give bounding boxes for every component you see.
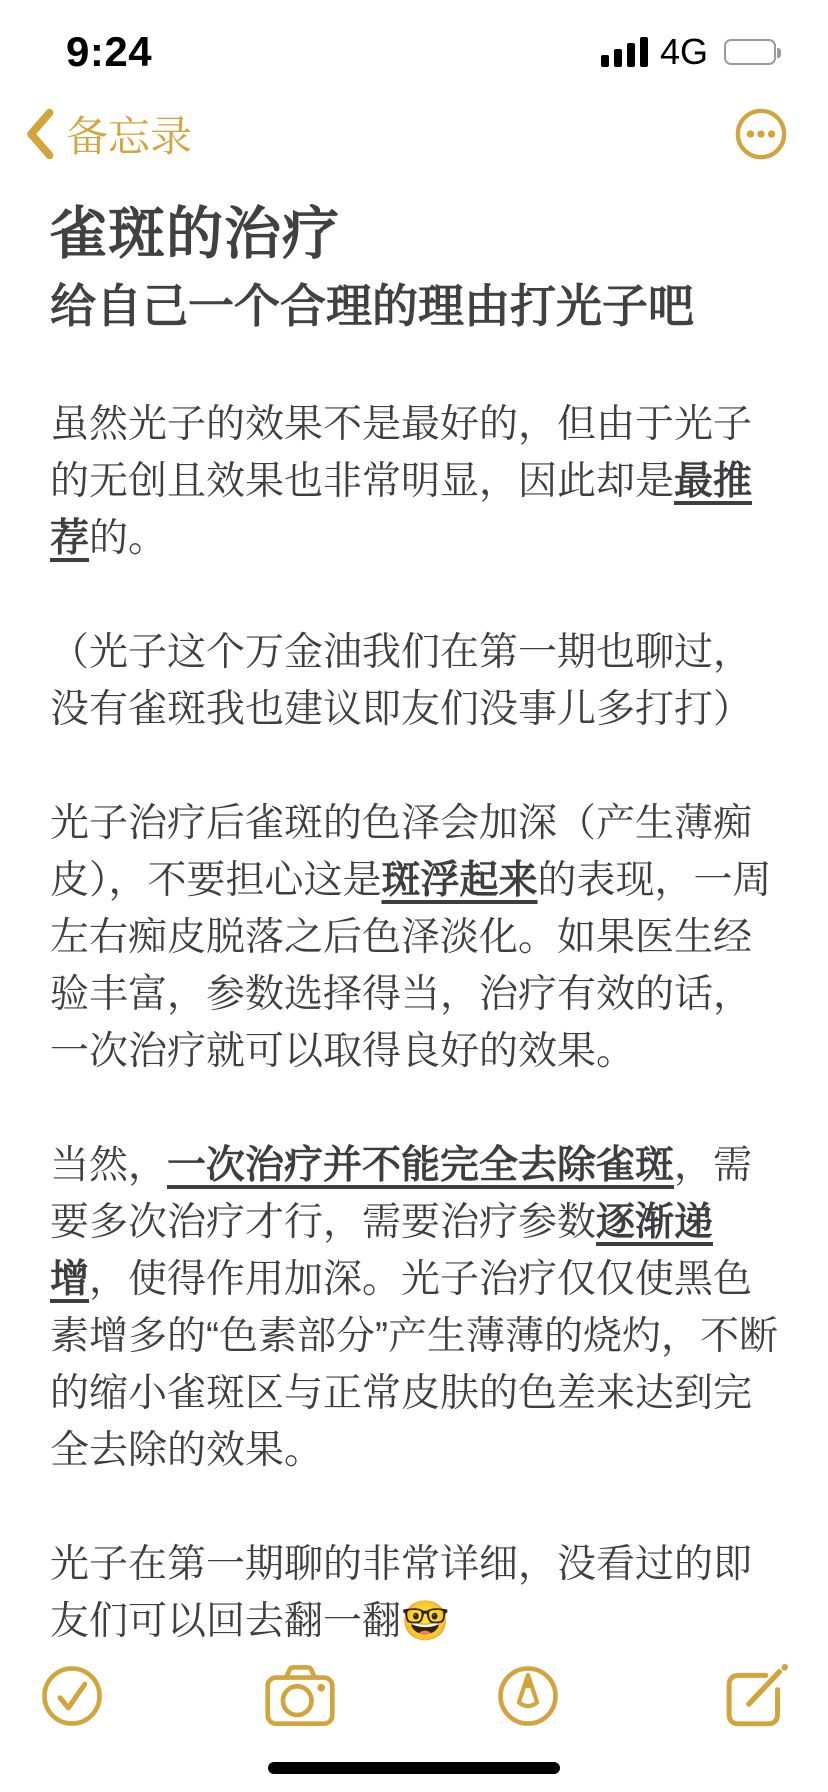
network-type-label: 4G: [660, 31, 708, 73]
more-options-button[interactable]: [734, 107, 788, 161]
cellular-signal-icon: [601, 37, 648, 67]
notes-app-screen: 9:24 4G 备忘录: [0, 0, 828, 1792]
text-segment-normal: （光子这个万金油我们在第一期也聊过，没有雀斑我也建议即友们没事儿多打打）: [50, 631, 752, 731]
note-title: 雀斑的治疗: [50, 200, 780, 268]
battery-icon: [724, 39, 776, 65]
text-segment-normal: 虽然光子的效果不是最好的，但由于光子的无创且效果也非常明显，因此却是: [50, 403, 752, 503]
note-paragraph: （光子这个万金油我们在第一期也聊过，没有雀斑我也建议即友们没事儿多打打）: [50, 624, 780, 738]
note-paragraph: 光子治疗后雀斑的色泽会加深（产生薄痴皮），不要担心这是斑浮起来的表现，一周左右痴…: [50, 795, 780, 1080]
nav-bar: 备忘录: [0, 96, 828, 172]
bottom-toolbar: [0, 1656, 828, 1736]
note-paragraph: 当然，一次治疗并不能完全去除雀斑，需要多次治疗才行，需要治疗参数逐渐递增，使得作…: [50, 1137, 780, 1479]
text-segment-normal: 光子在第一期聊的非常详细，没看过的即友们可以回去翻一翻🤓: [50, 1543, 752, 1643]
camera-button[interactable]: [264, 1660, 336, 1732]
camera-icon: [264, 1664, 336, 1728]
status-bar: 9:24 4G: [0, 0, 828, 90]
text-segment-normal: ，使得作用加深。光子治疗仅仅使黑色素增多的“色素部分”产生薄薄的烧灼，不断的缩小…: [50, 1258, 778, 1472]
compose-icon: [721, 1661, 791, 1731]
checkmark-circle-icon: [39, 1663, 105, 1729]
compose-button[interactable]: [720, 1660, 792, 1732]
text-segment-bold-underline: 斑浮起来: [382, 859, 538, 902]
markup-button[interactable]: [492, 1660, 564, 1732]
note-content[interactable]: 雀斑的治疗 给自己一个合理的理由打光子吧 虽然光子的效果不是最好的，但由于光子的…: [50, 200, 780, 1650]
checklist-button[interactable]: [36, 1660, 108, 1732]
status-time: 9:24: [66, 28, 152, 76]
note-subtitle: 给自己一个合理的理由打光子吧: [50, 278, 780, 336]
text-segment-normal: 当然，: [50, 1144, 167, 1187]
text-segment-bold-underline: 一次治疗并不能完全去除雀斑: [167, 1144, 674, 1187]
home-indicator[interactable]: [268, 1762, 560, 1774]
note-paragraph: 光子在第一期聊的非常详细，没看过的即友们可以回去翻一翻🤓: [50, 1536, 780, 1650]
back-button[interactable]: 备忘录: [24, 104, 192, 164]
note-body: 虽然光子的效果不是最好的，但由于光子的无创且效果也非常明显，因此却是最推荐的。（…: [50, 396, 780, 1650]
note-paragraph: 虽然光子的效果不是最好的，但由于光子的无创且效果也非常明显，因此却是最推荐的。: [50, 396, 780, 567]
markup-pen-icon: [495, 1663, 561, 1729]
status-bar-right: 4G: [601, 31, 776, 73]
chevron-left-icon: [24, 108, 58, 160]
text-segment-normal: 的。: [89, 517, 167, 560]
ellipsis-circle-icon: [734, 148, 788, 165]
back-button-label: 备忘录: [66, 104, 192, 164]
